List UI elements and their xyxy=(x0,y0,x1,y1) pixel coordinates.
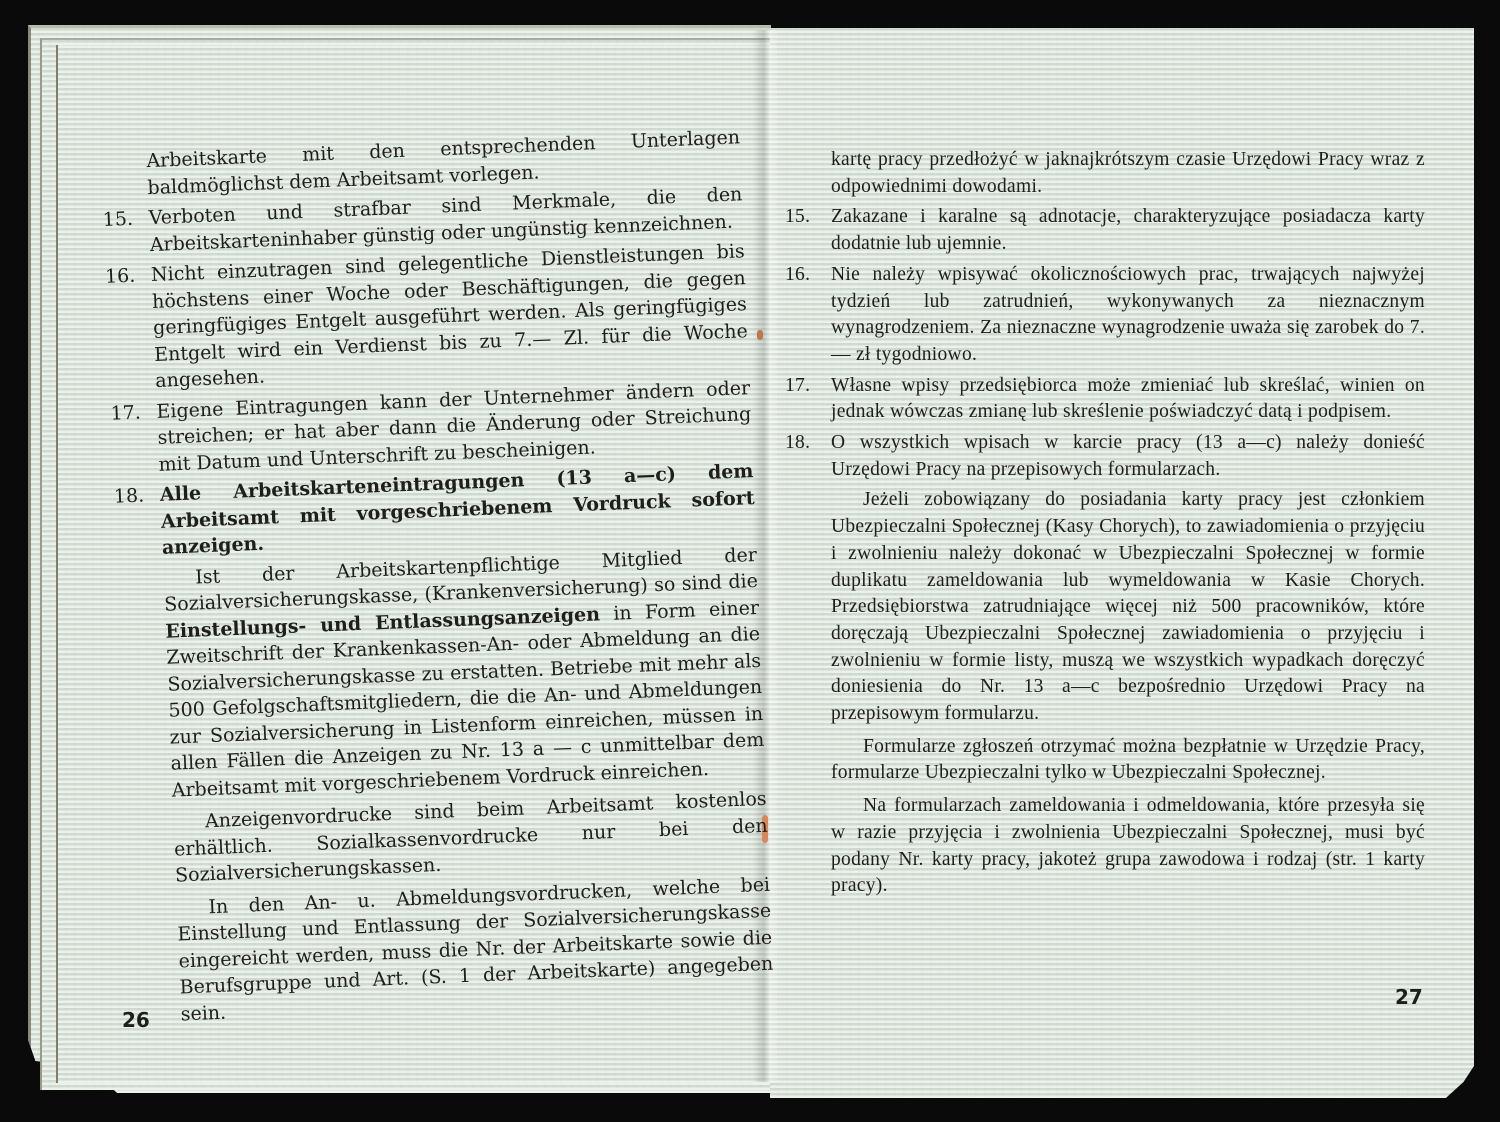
item-number: 18. xyxy=(785,430,831,483)
item-number: 15. xyxy=(102,205,150,260)
paragraph: Formularze zgłoszeń otrzymać można bezpł… xyxy=(785,734,1425,787)
list-item-16: 16. Nie należy wpisywać okolicznościowyc… xyxy=(785,262,1425,369)
paragraph: Ist der Arbeitskartenpflichtige Mitglied… xyxy=(117,541,766,805)
left-page-text: Arbeitskarte mit den entsprechenden Unte… xyxy=(100,124,775,1035)
paragraph-text: Anzeigenvordrucke sind beim Arbeitsamt k… xyxy=(174,788,768,887)
item-number: 15. xyxy=(785,204,831,257)
item-number: 17. xyxy=(785,373,831,426)
paragraph: In den An- u. Abmeldungsvordrucken, welc… xyxy=(130,871,775,1029)
list-item-16: 16. Nicht einzutragen sind gelegentliche… xyxy=(105,238,750,396)
list-item-15: 15. Zakazane i karalne są adnotacje, cha… xyxy=(785,204,1425,257)
item-text: Zakazane i karalne są adnotacje, charakt… xyxy=(831,204,1425,257)
item-text: O wszystkich wpisach w karcie pracy (13 … xyxy=(831,430,1425,483)
item-number: 18. xyxy=(113,482,162,563)
item-number: 16. xyxy=(105,262,156,396)
page-number-left: 26 xyxy=(122,1008,150,1032)
item-text: Nicht einzutragen sind gelegentliche Die… xyxy=(151,238,750,394)
paragraph-text: In den An- u. Abmeldungsvordrucken, welc… xyxy=(177,873,774,1025)
list-item-17: 17. Własne wpisy przedsiębiorca może zmi… xyxy=(785,373,1425,426)
right-page-text: kartę pracy przedłożyć w jaknajkrótszym … xyxy=(785,147,1425,906)
item-number: 17. xyxy=(110,398,159,479)
paragraph: Jeżeli zobowiązany do posiadania karty p… xyxy=(785,487,1425,727)
page-number-right: 27 xyxy=(1395,985,1423,1009)
item-text: Własne wpisy przedsiębiorca może zmienia… xyxy=(831,373,1425,426)
paragraph: Na formularzach zameldowania i odmeldowa… xyxy=(785,793,1425,900)
list-item-18: 18. O wszystkich wpisach w karcie pracy … xyxy=(785,430,1425,483)
item-number: 16. xyxy=(785,262,831,369)
binding-rust-mark xyxy=(757,330,763,340)
item-text: Nie należy wpisywać okolicznościowych pr… xyxy=(831,262,1425,369)
continued-text: kartę pracy przedłożyć w jaknajkrótszym … xyxy=(785,147,1425,200)
